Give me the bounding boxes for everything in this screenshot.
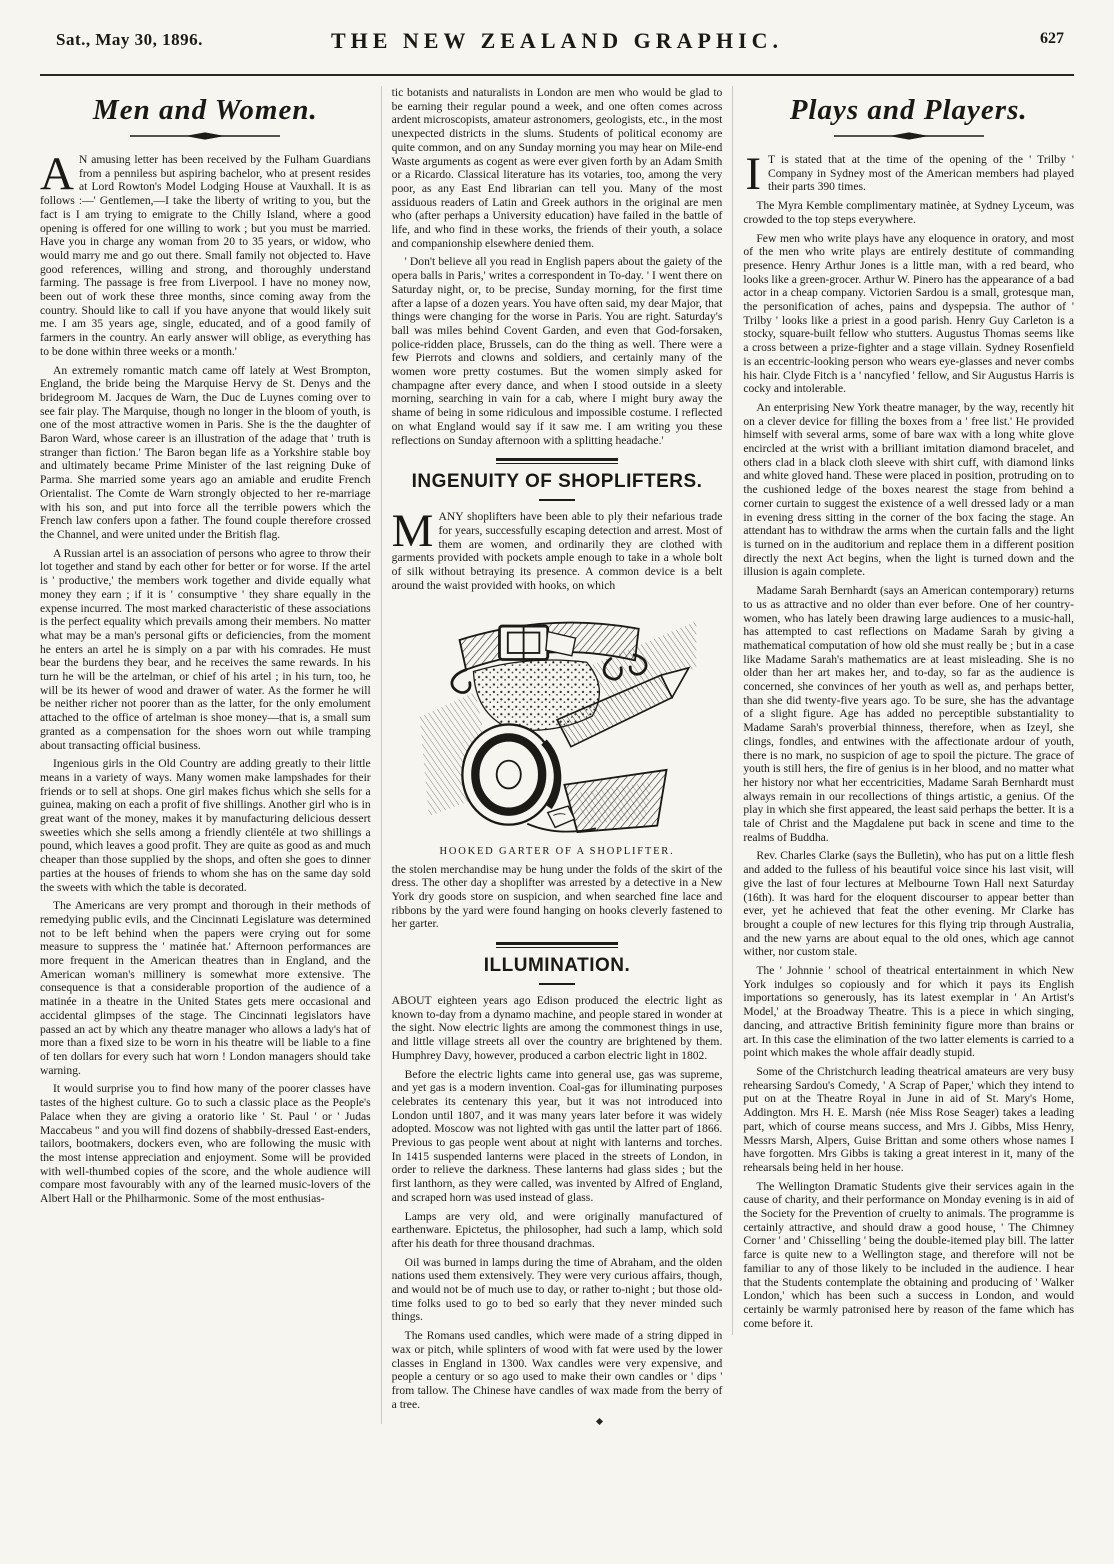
article-title-men-and-women: Men and Women. bbox=[40, 94, 371, 127]
paragraph: IT is stated that at the time of the ope… bbox=[743, 153, 1074, 194]
column-middle: tic botanists and naturalists in London … bbox=[381, 86, 733, 1424]
figure-caption: HOOKED GARTER OF A SHOPLIFTER. bbox=[404, 846, 710, 857]
page-header: Sat., May 30, 1896. THE NEW ZEALAND GRAP… bbox=[0, 0, 1114, 66]
newspaper-page: Sat., May 30, 1896. THE NEW ZEALAND GRAP… bbox=[0, 0, 1114, 1564]
paragraph: An enterprising New York theatre manager… bbox=[743, 401, 1074, 579]
paragraph-text: N amusing letter has been received by th… bbox=[40, 153, 371, 358]
title-ornament-icon bbox=[130, 131, 280, 141]
drop-cap: I bbox=[743, 153, 768, 193]
paragraph: the stolen merchandise may be hung under… bbox=[392, 863, 723, 932]
header-rule bbox=[40, 74, 1074, 76]
drop-cap: M bbox=[392, 510, 439, 550]
paragraph: Oil was burned in lamps during the time … bbox=[392, 1256, 723, 1325]
paragraph: A Russian artel is an association of per… bbox=[40, 547, 371, 753]
paragraph: An extremely romantic match came off lat… bbox=[40, 364, 371, 542]
heading-rule bbox=[539, 499, 575, 501]
paragraph: Ingenious girls in the Old Country are a… bbox=[40, 757, 371, 894]
paragraph: tic botanists and naturalists in London … bbox=[392, 86, 723, 250]
column-men-and-women: Men and Women. AN amusing letter has bee… bbox=[30, 86, 381, 1211]
paragraph: ABOUT eighteen years ago Edison produced… bbox=[392, 994, 723, 1063]
paragraph: Few men who write plays have any eloquen… bbox=[743, 232, 1074, 396]
paragraph: Rev. Charles Clarke (says the Bulletin),… bbox=[743, 849, 1074, 959]
paragraph-text: ANY shoplifters have been able to ply th… bbox=[392, 510, 723, 592]
columns: Men and Women. AN amusing letter has bee… bbox=[30, 86, 1084, 1424]
paragraph: ' Don't believe all you read in English … bbox=[392, 255, 723, 447]
column-plays-and-players: Plays and Players. IT is stated that at … bbox=[732, 86, 1084, 1335]
section-heading-shoplifters: INGENUITY OF SHOPLIFTERS. bbox=[392, 471, 723, 493]
paragraph: AN amusing letter has been received by t… bbox=[40, 153, 371, 359]
title-ornament-icon bbox=[834, 131, 984, 141]
paragraph: It would surprise you to find how many o… bbox=[40, 1082, 371, 1205]
issue-date: Sat., May 30, 1896. bbox=[56, 30, 203, 50]
paragraph: The Americans are very prompt and thorou… bbox=[40, 899, 371, 1077]
paragraph: The Wellington Dramatic Students give th… bbox=[743, 1180, 1074, 1331]
drop-cap: A bbox=[40, 153, 79, 193]
section-heading-illumination: ILLUMINATION. bbox=[392, 955, 723, 977]
article-title-plays-and-players: Plays and Players. bbox=[743, 94, 1074, 127]
paragraph: The Myra Kemble complimentary matinèe, a… bbox=[743, 199, 1074, 226]
paragraph-text: T is stated that at the time of the open… bbox=[768, 153, 1074, 193]
paragraph: The ' Johnnie ' school of theatrical ent… bbox=[743, 964, 1074, 1060]
paragraph: Some of the Christchurch leading theatri… bbox=[743, 1065, 1074, 1175]
shoplifter-figure: HOOKED GARTER OF A SHOPLIFTER. bbox=[404, 601, 710, 857]
printers-mark bbox=[596, 1418, 603, 1425]
paragraph: Before the electric lights came into gen… bbox=[392, 1068, 723, 1205]
paragraph: Madame Sarah Bernhardt (says an American… bbox=[743, 584, 1074, 844]
page-number: 627 bbox=[1040, 30, 1064, 48]
section-divider bbox=[496, 458, 618, 464]
garter-illustration bbox=[407, 601, 707, 833]
heading-rule bbox=[539, 983, 575, 985]
paragraph: Lamps are very old, and were originally … bbox=[392, 1210, 723, 1251]
section-divider bbox=[496, 942, 618, 948]
paragraph: MANY shoplifters have been able to ply t… bbox=[392, 510, 723, 592]
paragraph: The Romans used candles, which were made… bbox=[392, 1329, 723, 1411]
